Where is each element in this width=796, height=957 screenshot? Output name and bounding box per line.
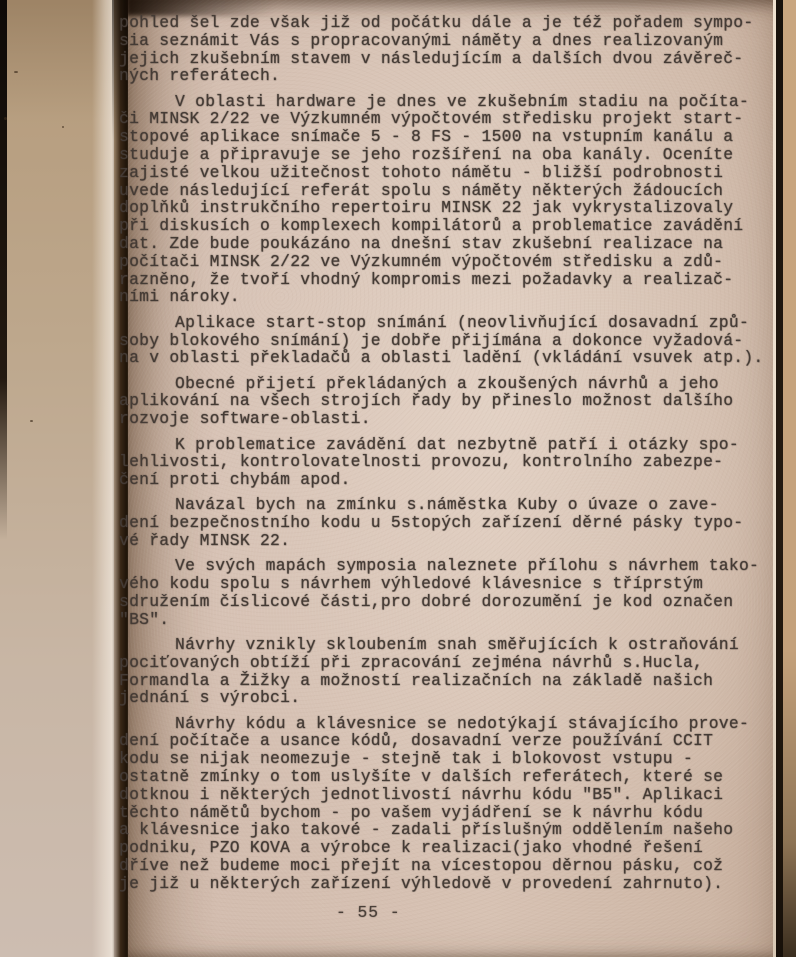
text-line: dení bezpečnostního kodu u 5stopých zaří… xyxy=(119,514,787,532)
text-line: či MINSK 2/22 ve Výzkumném výpočtovém st… xyxy=(119,110,787,128)
text-line: vé řady MINSK 22. xyxy=(119,532,787,550)
typewritten-paragraph: Návrhy kódu a klávesnice se nedotýkají s… xyxy=(119,715,787,893)
text-line: při diskusích o komplexech kompilátorů a… xyxy=(119,217,787,235)
typewritten-paragraph: Obecné přijetí překládaných a zkoušených… xyxy=(119,375,787,428)
text-line: jednání s výrobci. xyxy=(119,689,787,707)
text-line: počítači MINSK 2/22 ve Výzkumném výpočto… xyxy=(119,253,787,271)
text-line: "BS". xyxy=(119,611,787,629)
text-line: jejich zkušebním stavem v následujícím a… xyxy=(119,50,787,68)
text-line: K problematice zavádění dat nezbytně pat… xyxy=(119,436,787,454)
typewritten-paragraph: Návrhy vznikly skloubením snah směřující… xyxy=(119,636,787,707)
text-line: Návrhy vznikly skloubením snah směřující… xyxy=(119,636,787,654)
text-line: stopové aplikace snímače 5 - 8 FS - 1500… xyxy=(119,128,787,146)
text-line: Aplikace start-stop snímání (neovlivňují… xyxy=(119,314,787,332)
text-line: Ve svých mapách symposia naleznete přílo… xyxy=(119,557,787,575)
typewritten-paragraph: V oblasti hardware je dnes ve zkušebním … xyxy=(119,93,787,307)
text-line: kodu se nijak neomezuje - stejně tak i b… xyxy=(119,750,787,768)
text-block: pohled šel zde však již od počátku dále … xyxy=(119,14,787,893)
text-line: dení počítače a usance kódů, dosavadní v… xyxy=(119,732,787,750)
text-line: dříve než budeme moci přejít na vícestop… xyxy=(119,857,787,875)
page-edge-highlight xyxy=(92,0,114,957)
left-dark-edge xyxy=(0,0,7,540)
text-line: zajisté velkou užitečnost tohoto námětu … xyxy=(119,164,787,182)
text-line: pociťovaných obtíží při zpracování zejmé… xyxy=(119,654,787,672)
text-line: razněno, že tvoří vhodný kompromis mezi … xyxy=(119,271,787,289)
text-line: sdružením číslicové části,pro dobré doro… xyxy=(119,593,787,611)
text-line: sia seznámit Vás s propracovanými náměty… xyxy=(119,32,787,50)
typewritten-paragraph: Aplikace start-stop snímání (neovlivňují… xyxy=(119,314,787,367)
text-line: vého kodu spolu s návrhem výhledové kláv… xyxy=(119,575,787,593)
text-line: dotknou i některých jednotlivostí návrhu… xyxy=(119,786,787,804)
text-line: Obecné přijetí překládaných a zkoušených… xyxy=(119,375,787,393)
text-line: V oblasti hardware je dnes ve zkušebním … xyxy=(119,93,787,111)
text-line: studuje a připravuje se jeho rozšíření n… xyxy=(119,146,787,164)
text-line: je již u některých zařízení výhledově v … xyxy=(119,875,787,893)
text-line: aplikování na všech strojích řady by při… xyxy=(119,392,787,410)
paper-speck xyxy=(14,71,18,73)
typewritten-paragraph: pohled šel zde však již od počátku dále … xyxy=(119,14,787,85)
text-line: uvede následující referát spolu s náměty… xyxy=(119,182,787,200)
text-line: doplňků instrukčního repertoiru MINSK 22… xyxy=(119,199,787,217)
text-line: Návrhy kódu a klávesnice se nedotýkají s… xyxy=(119,715,787,733)
text-line: na v oblasti překladačů a oblasti ladění… xyxy=(119,349,787,367)
text-line: ných referátech. xyxy=(119,67,787,85)
typewritten-paragraph: Ve svých mapách symposia naleznete přílo… xyxy=(119,557,787,628)
text-line: ními nároky. xyxy=(119,288,787,306)
text-line: čení proti chybám apod. xyxy=(119,471,787,489)
typewritten-paragraph: Navázal bych na zmínku s.náměstka Kuby o… xyxy=(119,496,787,549)
typewritten-paragraph: K problematice zavádění dat nezbytně pat… xyxy=(119,436,787,489)
text-line: těchto námětů bychom - po vašem vyjádřen… xyxy=(119,804,787,822)
scanned-book-photo: pohled šel zde však již od počátku dále … xyxy=(0,0,796,957)
text-line: Formandla a Žižky a možností realizačníc… xyxy=(119,672,787,690)
text-line: rozvoje software-oblasti. xyxy=(119,410,787,428)
text-line: lehlivosti, kontrolovatelnosti provozu, … xyxy=(119,453,787,471)
text-line: Navázal bych na zmínku s.náměstka Kuby o… xyxy=(119,496,787,514)
text-line: a klávesnice jako takové - zadali příslu… xyxy=(119,821,787,839)
text-line: soby blokového snímání) je dobře přijímá… xyxy=(119,332,787,350)
text-line: ostatně zmínky o tom uslyšíte v dalších … xyxy=(119,768,787,786)
text-line: podniku, PZO KOVA a výrobce k realizaci(… xyxy=(119,839,787,857)
paper-speck xyxy=(62,126,64,128)
paper-speck xyxy=(4,117,7,120)
text-line: dat. Zde bude poukázáno na dnešní stav z… xyxy=(119,235,787,253)
text-line: pohled šel zde však již od počátku dále … xyxy=(119,14,787,32)
paper-speck xyxy=(30,420,33,422)
page-number: - 55 - xyxy=(336,903,401,922)
